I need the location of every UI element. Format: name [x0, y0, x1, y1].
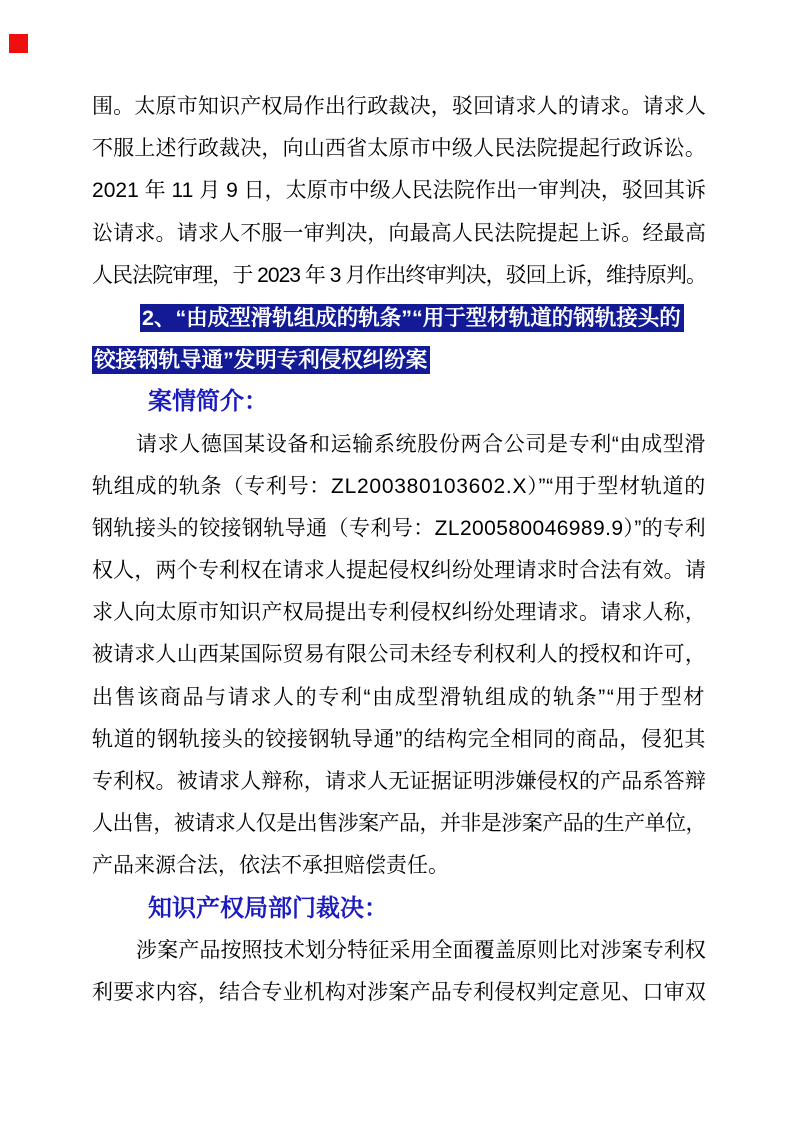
red-marker [9, 34, 28, 53]
case-heading-highlight-2: 铰接钢轨导通”发明专利侵权纠纷案 [92, 346, 430, 374]
text-line: 围。太原市知识产权局作出行政裁决，驳回请求人的请求。请求人 [92, 86, 706, 128]
text-line: 人民法院审理，于 2023 年 3 月作出终审判决，驳回上诉，维持原判。 [92, 255, 706, 297]
case-heading-highlight-1: 2、“由成型滑轨组成的轨条”“用于型材轨道的钢轨接头的 [140, 304, 684, 332]
text-line: 轨道的钢轨接头的铰接钢轨导通”的结构完全相同的商品，侵犯其 [92, 719, 706, 761]
text-line: 钢轨接头的铰接钢轨导通（专利号：ZL200580046989.9）”的专利 [92, 508, 706, 550]
text-line: 人出售，被请求人仅是出售涉案产品，并非是涉案产品的生产单位， [92, 803, 706, 845]
text-line: 不服上述行政裁决，向山西省太原市中级人民法院提起行政诉讼。 [92, 128, 706, 170]
text-line: 2021 年 11 月 9 日，太原市中级人民法院作出一审判决，驳回其诉 [92, 170, 706, 212]
text-line: 出售该商品与请求人的专利“由成型滑轨组成的轨条”“用于型材 [92, 677, 706, 719]
text-line: 产品来源合法，依法不承担赔偿责任。 [92, 845, 706, 887]
case-heading-line-2: 铰接钢轨导通”发明专利侵权纠纷案 [92, 339, 706, 381]
text-line: 涉案产品按照技术划分特征采用全面覆盖原则比对涉案专利权 [92, 930, 706, 972]
paragraph-ipo-decision: 涉案产品按照技术划分特征采用全面覆盖原则比对涉案专利权利要求内容，结合专业机构对… [92, 930, 706, 1014]
text-line: 求人向太原市知识产权局提出专利侵权纠纷处理请求。请求人称， [92, 592, 706, 634]
subheading-ipo-decision: 知识产权局部门裁决： [92, 888, 706, 930]
subheading-ipo-decision-text: 知识产权局部门裁决： [148, 895, 388, 922]
paragraph-court-history: 围。太原市知识产权局作出行政裁决，驳回请求人的请求。请求人不服上述行政裁决，向山… [92, 86, 706, 297]
text-line: 被请求人山西某国际贸易有限公司未经专利权利人的授权和许可， [92, 634, 706, 676]
subheading-case-brief-text: 案情简介： [148, 388, 268, 415]
text-line: 专利权。被请求人辩称，请求人无证据证明涉嫌侵权的产品系答辩 [92, 761, 706, 803]
text-line: 利要求内容，结合专业机构对涉案产品专利侵权判定意见、口审双 [92, 972, 706, 1014]
text-line: 请求人德国某设备和运输系统股份两合公司是专利“由成型滑 [92, 424, 706, 466]
document-page: 围。太原市知识产权局作出行政裁决，驳回请求人的请求。请求人不服上述行政裁决，向山… [0, 0, 793, 1122]
case-heading-line-1: 2、“由成型滑轨组成的轨条”“用于型材轨道的钢轨接头的 [92, 297, 706, 339]
text-line: 轨组成的轨条（专利号：ZL200380103602.X）”“用于型材轨道的 [92, 466, 706, 508]
subheading-case-brief: 案情简介： [92, 381, 706, 423]
text-line: 讼请求。请求人不服一审判决，向最高人民法院提起上诉。经最高 [92, 213, 706, 255]
document-content: 围。太原市知识产权局作出行政裁决，驳回请求人的请求。请求人不服上述行政裁决，向山… [92, 86, 706, 1014]
text-line: 权人，两个专利权在请求人提起侵权纠纷处理请求时合法有效。请 [92, 550, 706, 592]
paragraph-case-brief: 请求人德国某设备和运输系统股份两合公司是专利“由成型滑轨组成的轨条（专利号：ZL… [92, 424, 706, 888]
